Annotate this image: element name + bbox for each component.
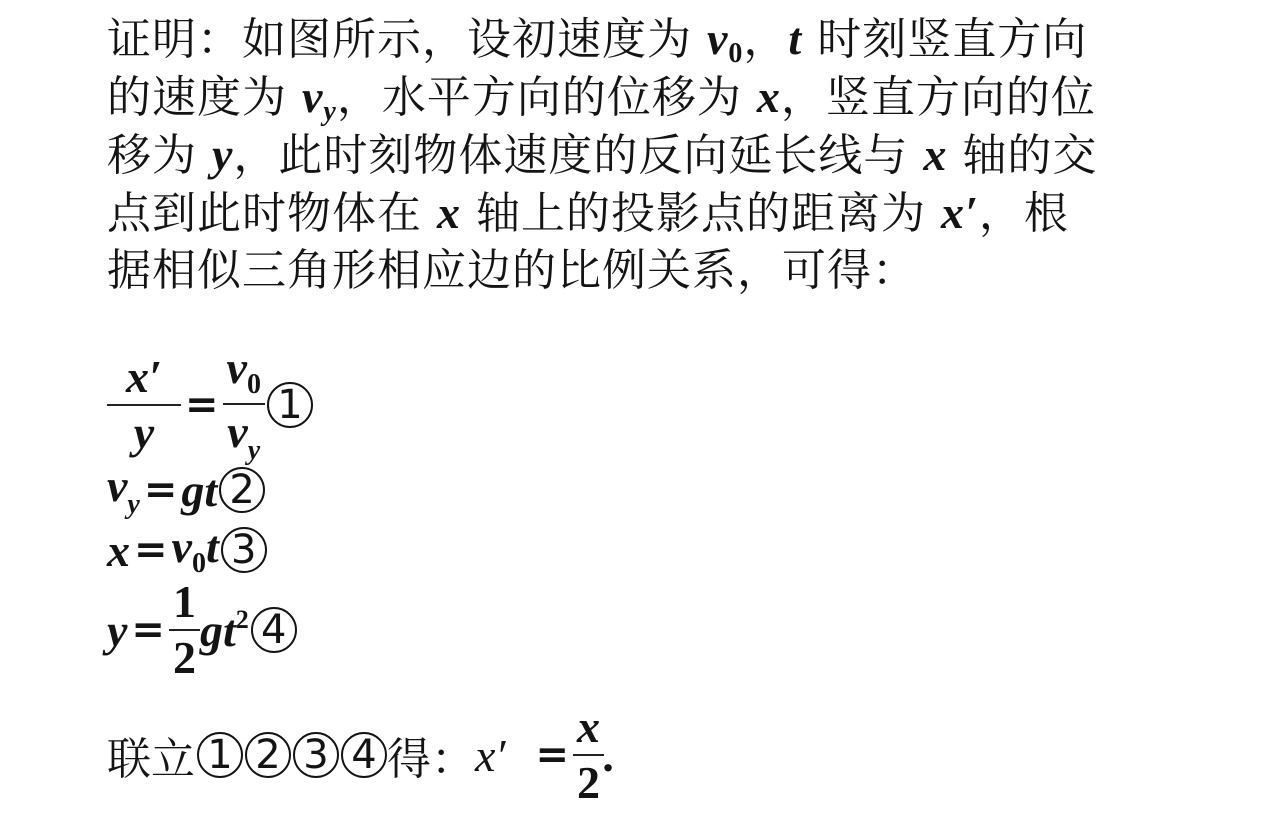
text: 时刻竖直方向 — [802, 14, 1087, 65]
circled-number-4: 4 — [341, 732, 387, 778]
text: 得： — [387, 723, 475, 787]
text: ，此时刻物体速度的反向延长线与 — [233, 130, 923, 181]
equation-block: x′ y = v0 vy 1 vy = gt 2 x = v0t 3 — [107, 350, 616, 810]
circled-number-3: 3 — [293, 732, 339, 778]
equals-sign: = — [535, 732, 569, 778]
proof-paragraph: 证明：如图所示，设初速度为 v0，t 时刻竖直方向 的速度为 vy，水平方向的位… — [107, 10, 1187, 300]
text: 轴的交 — [947, 130, 1097, 181]
text: 的速度为 — [107, 72, 302, 123]
equation-2: vy = gt 2 — [107, 460, 616, 520]
circled-number-2: 2 — [219, 467, 265, 513]
text: 据相似三角形相应边的比例关系，可得： — [107, 245, 917, 296]
proof-line-1: 证明：如图所示，设初速度为 v0，t 时刻竖直方向 — [107, 10, 1187, 68]
text: 证明：如图所示，设初速度为 — [107, 14, 707, 65]
text: ，水平方向的位移为 — [337, 72, 757, 123]
fraction-bar — [169, 629, 200, 631]
var-x: x — [923, 129, 947, 180]
circled-number-1: 1 — [267, 382, 313, 428]
var-x: x — [757, 71, 781, 122]
proof-line-3: 移为 y，此时刻物体速度的反向延长线与 x 轴的交 — [107, 126, 1187, 184]
text: ，根 — [979, 188, 1069, 239]
equation-3: x = v0t 3 — [107, 520, 616, 580]
fraction-v0-over-vy: v0 vy — [223, 345, 265, 465]
conclusion-line: 联立 1 2 3 4 得： x′ = x 2 . — [107, 700, 616, 810]
equation-1: x′ y = v0 vy 1 — [107, 350, 616, 460]
var-vy: vy — [302, 71, 337, 122]
text: ， — [743, 14, 788, 65]
var-v0: v0 — [707, 13, 743, 64]
var-y: y — [212, 129, 233, 180]
circled-number-3: 3 — [221, 527, 267, 573]
equals-sign: = — [134, 527, 168, 573]
equals-sign: = — [185, 382, 219, 428]
fraction-x-over-2: x 2 — [573, 704, 604, 806]
fraction-x-prime-over-y: x′ y — [107, 354, 181, 456]
text: 点到此时物体在 — [107, 188, 437, 239]
circled-number-2: 2 — [245, 732, 291, 778]
equals-sign: = — [144, 467, 178, 513]
text: 轴上的投影点的距离为 — [461, 188, 941, 239]
proof-line-2: 的速度为 vy，水平方向的位移为 x，竖直方向的位 — [107, 68, 1187, 126]
proof-line-4: 点到此时物体在 x 轴上的投影点的距离为 x′，根 — [107, 184, 1187, 242]
proof-document: 证明：如图所示，设初速度为 v0，t 时刻竖直方向 的速度为 vy，水平方向的位… — [107, 10, 1187, 300]
var-t: t — [788, 13, 802, 64]
var-x-prime: x′ — [941, 187, 979, 238]
fraction-bar — [223, 403, 265, 405]
fraction-one-half: 1 2 — [169, 579, 200, 681]
period: . — [604, 729, 616, 782]
fraction-bar — [573, 754, 604, 756]
fraction-bar — [107, 404, 181, 406]
var-x-prime: x′ — [475, 729, 505, 782]
text: 移为 — [107, 130, 212, 181]
circled-number-1: 1 — [197, 732, 243, 778]
equals-sign: = — [131, 607, 165, 653]
text: 联立 — [107, 723, 195, 787]
var-x: x — [437, 187, 461, 238]
equation-4: y = 1 2 gt2 4 — [107, 580, 616, 680]
proof-line-5: 据相似三角形相应边的比例关系，可得： — [107, 242, 1187, 300]
text: ，竖直方向的位 — [781, 72, 1096, 123]
circled-number-4: 4 — [251, 607, 297, 653]
